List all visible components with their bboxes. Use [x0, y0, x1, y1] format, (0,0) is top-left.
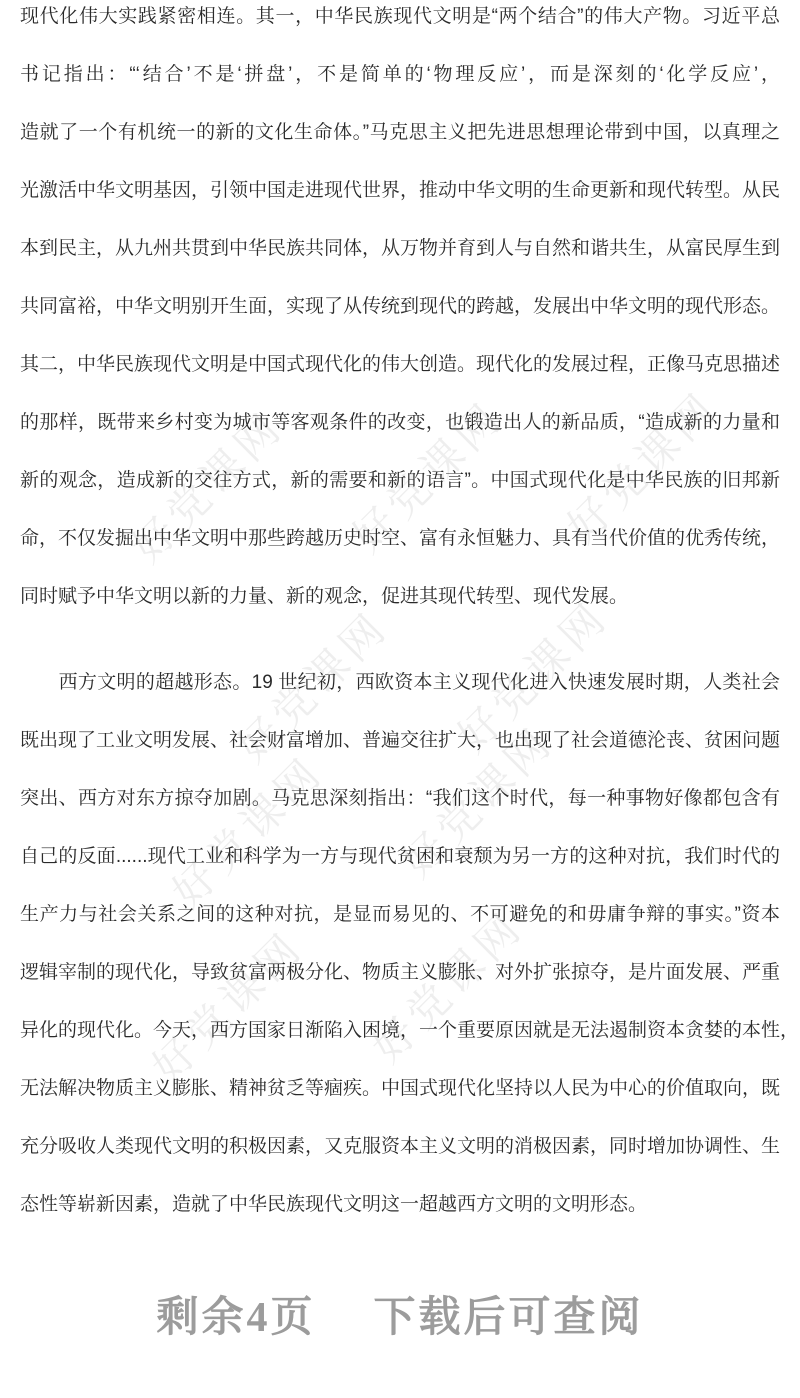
document-line: 异化的现代化。今天，西方国家日渐陷入困境，一个重要原因就是无法遏制资本贪婪的本性…: [20, 1002, 780, 1060]
paragraph: 西方文明的超越形态。19 世纪初，西欧资本主义现代化进入快速发展时期，人类社会 …: [20, 654, 780, 1234]
document-line: 命，不仅发掘出中华文明中那些跨越历史时空、富有永恒魅力、具有当代价值的优秀传统，: [20, 510, 780, 568]
document-line: 态性等崭新因素，造就了中华民族现代文明这一超越西方文明的文明形态。: [20, 1176, 780, 1234]
document-line: 同时赋予中华文明以新的力量、新的观念，促进其现代转型、现代发展。: [20, 568, 780, 626]
remaining-pages-label: 剩余4页: [156, 1284, 315, 1344]
paragraph: 现代化伟大实践紧密相连。其一，中华民族现代文明是“两个结合”的伟大产物。习近平总…: [20, 0, 780, 626]
document-line: 西方文明的超越形态。19 世纪初，西欧资本主义现代化进入快速发展时期，人类社会: [20, 654, 780, 712]
remaining-pages-banner: 剩余4页 下载后可查阅: [0, 1284, 800, 1344]
document-line: 新的观念，造成新的交往方式，新的需要和新的语言”。中国式现代化是中华民族的旧邦新: [20, 452, 780, 510]
document-body: 现代化伟大实践紧密相连。其一，中华民族现代文明是“两个结合”的伟大产物。习近平总…: [20, 0, 780, 1234]
document-line: 突出、西方对东方掠夺加剧。马克思深刻指出：“我们这个时代，每一种事物好像都包含有: [20, 770, 780, 828]
download-hint-label: 下载后可查阅: [374, 1284, 644, 1344]
document-line: 自己的反面......现代工业和科学为一方与现代贫困和衰颓为另一方的这种对抗，我…: [20, 828, 780, 886]
document-line: 既出现了工业文明发展、社会财富增加、普遍交往扩大，也出现了社会道德沦丧、贫困问题: [20, 712, 780, 770]
document-line: 充分吸收人类现代文明的积极因素，又克服资本主义文明的消极因素，同时增加协调性、生: [20, 1118, 780, 1176]
document-line: 无法解决物质主义膨胀、精神贫乏等痼疾。中国式现代化坚持以人民为中心的价值取向，既: [20, 1060, 780, 1118]
document-line: 逻辑宰制的现代化，导致贫富两极分化、物质主义膨胀、对外扩张掠夺，是片面发展、严重: [20, 944, 780, 1002]
document-line: 造就了一个有机统一的新的文化生命体。”马克思主义把先进思想理论带到中国，以真理之: [20, 104, 780, 162]
document-line: 共同富裕，中华文明别开生面，实现了从传统到现代的跨越，发展出中华文明的现代形态。: [20, 278, 780, 336]
document-line: 现代化伟大实践紧密相连。其一，中华民族现代文明是“两个结合”的伟大产物。习近平总: [20, 0, 780, 46]
document-line: 光激活中华文明基因，引领中国走进现代世界，推动中华文明的生命更新和现代转型。从民: [20, 162, 780, 220]
document-line: 书记指出：“‘结合’不是‘拼盘’，不是简单的‘物理反应’，而是深刻的‘化学反应’…: [20, 46, 780, 104]
document-line: 其二，中华民族现代文明是中国式现代化的伟大创造。现代化的发展过程，正像马克思描述: [20, 336, 780, 394]
document-line: 的那样，既带来乡村变为城市等客观条件的改变，也锻造出人的新品质，“造成新的力量和: [20, 394, 780, 452]
document-page: 好党课网 好党课网 好党课网 好党课网 好党课网 好党课网 好党课网 好党课网 …: [0, 0, 800, 1398]
document-line: 生产力与社会关系之间的这种对抗，是显而易见的、不可避免的和毋庸争辩的事实。”资本: [20, 886, 780, 944]
document-line: 本到民主，从九州共贯到中华民族共同体，从万物并育到人与自然和谐共生，从富民厚生到: [20, 220, 780, 278]
